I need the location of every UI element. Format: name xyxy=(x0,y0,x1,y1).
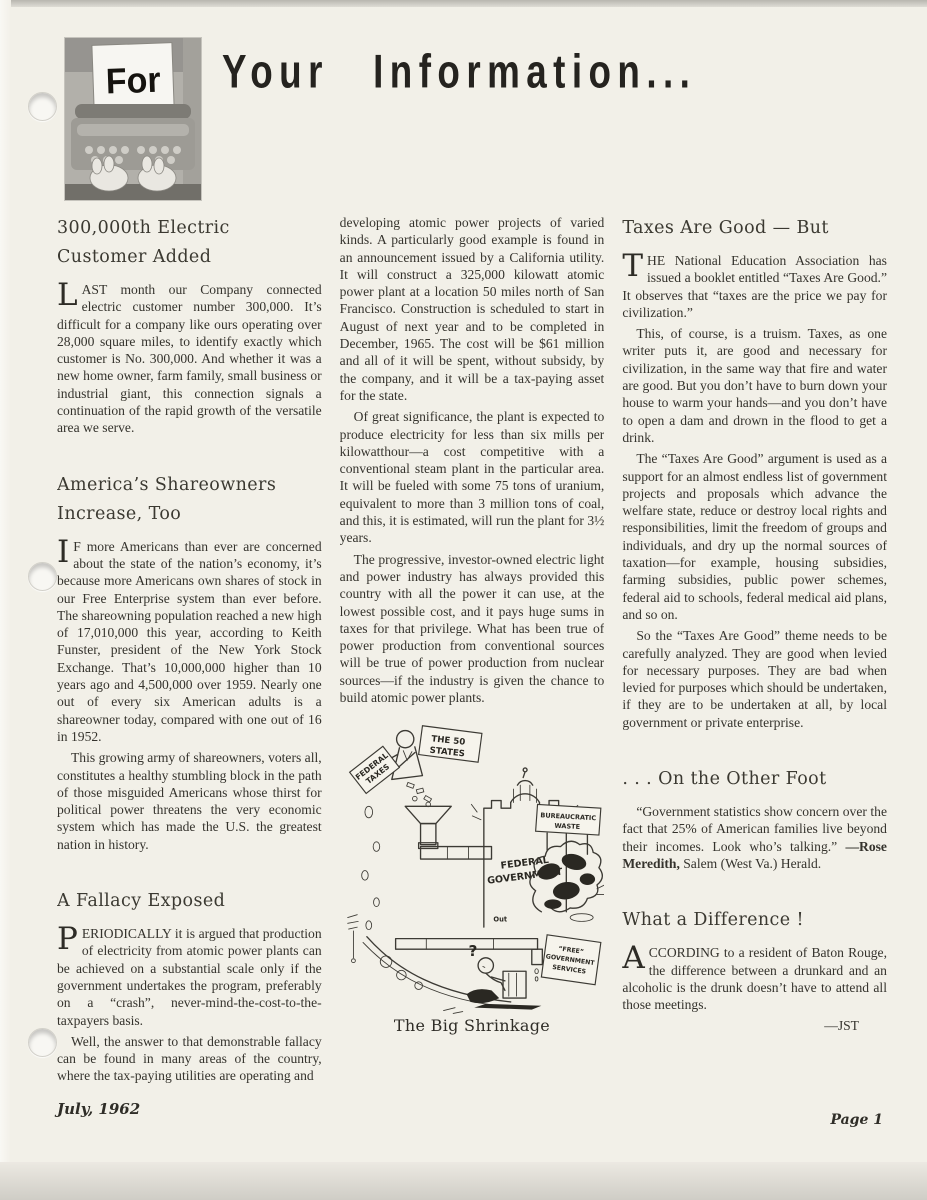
newsletter-page: For Your Information... xyxy=(0,0,927,1200)
paragraph: developing atomic power projects of vari… xyxy=(340,214,605,404)
paragraph: This growing army of shareowners, voters… xyxy=(57,749,322,853)
free-services-outlet: “FREE” GOVERNMENT SERVICES xyxy=(395,935,600,985)
photo-sign-text: For xyxy=(105,60,162,102)
funnel-and-pipe xyxy=(405,807,491,860)
sign-the-50-states: THE 50 STATES xyxy=(418,726,481,762)
editorial-cartoon: THE 50 STATES FEDERAL xyxy=(340,720,605,1034)
article-what-a-difference: What a Difference ! ACCORDING to a resid… xyxy=(622,906,887,1034)
page-title: Your Information... xyxy=(222,46,696,99)
drop-cap: T xyxy=(622,252,647,279)
drop-cap: L xyxy=(57,281,82,308)
punch-hole xyxy=(28,562,57,591)
column-3: Taxes Are Good — But THE National Educat… xyxy=(622,214,887,1094)
drop-cap: P xyxy=(57,925,82,952)
article-taxes-are-good: Taxes Are Good — But THE National Educat… xyxy=(622,214,887,731)
federal-taxes-bucket: FEDERAL TAXES xyxy=(349,747,399,794)
punch-hole xyxy=(28,92,57,121)
typewriter-photo-illustration: For xyxy=(65,38,201,200)
paragraph: So the “Taxes Are Good” theme needs to b… xyxy=(622,627,887,731)
cartoon-drawing: THE 50 STATES FEDERAL xyxy=(340,720,605,1013)
paragraph: The “Taxes Are Good” argument is used as… xyxy=(622,450,887,623)
page-number: Page 1 xyxy=(830,1112,883,1128)
scan-edge-bottom xyxy=(0,1162,927,1200)
article-customer-added: 300,000th Electric Customer Added LAST m… xyxy=(57,214,322,437)
article-columns: 300,000th Electric Customer Added LAST m… xyxy=(57,214,887,1094)
column-1: 300,000th Electric Customer Added LAST m… xyxy=(57,214,322,1094)
paragraph: IF more Americans than ever are concerne… xyxy=(57,538,322,746)
paper-in-typewriter: For xyxy=(92,43,174,110)
drop-cap: A xyxy=(622,944,648,971)
drop-cap: I xyxy=(57,538,73,565)
federal-government-wall: FEDERAL GOVERNMENT Out xyxy=(471,768,581,927)
cartoon-caption: The Big Shrinkage xyxy=(340,1016,605,1035)
column-2: developing atomic power projects of vari… xyxy=(340,214,605,1094)
paragraph: Of great significance, the plant is expe… xyxy=(340,408,605,546)
paragraph: Well, the answer to that demonstrable fa… xyxy=(57,1033,322,1085)
scan-edge-left xyxy=(0,0,11,1200)
paragraph: ACCORDING to a resident of Baton Rouge, … xyxy=(622,944,887,1013)
article-shareowners: America’s Shareowners Increase, Too IF m… xyxy=(57,471,322,853)
paragraph: “Government statistics show concern over… xyxy=(622,803,887,872)
article-heading: 300,000th Electric Customer Added xyxy=(57,214,322,272)
article-fallacy-exposed: A Fallacy Exposed PERIODICALLY it is arg… xyxy=(57,887,322,1085)
artist-signature xyxy=(347,915,358,963)
article-heading: . . . On the Other Foot xyxy=(622,765,887,794)
issue-date: July, 1962 xyxy=(57,1100,140,1118)
svg-text:Out: Out xyxy=(493,916,507,924)
typewriter-photo: For xyxy=(65,38,201,200)
signoff: —JST xyxy=(622,1017,859,1034)
svg-text:WASTE: WASTE xyxy=(554,822,580,831)
article-heading: What a Difference ! xyxy=(622,906,887,935)
falling-money xyxy=(406,783,431,807)
svg-text:?: ? xyxy=(468,942,477,960)
punch-hole xyxy=(28,1028,57,1057)
article-heading: A Fallacy Exposed xyxy=(57,887,322,916)
article-on-the-other-foot: . . . On the Other Foot “Government stat… xyxy=(622,765,887,872)
paragraph: This, of course, is a truism. Taxes, as … xyxy=(622,325,887,446)
dripping-tax-dollars xyxy=(361,807,379,930)
paragraph: The progressive, investor-owned electric… xyxy=(340,551,605,707)
paragraph: THE National Education Association has i… xyxy=(622,252,887,321)
scan-edge-top xyxy=(0,0,927,7)
article-heading: Taxes Are Good — But xyxy=(622,214,887,243)
article-heading: America’s Shareowners Increase, Too xyxy=(57,471,322,529)
paragraph: LAST month our Company connected electri… xyxy=(57,281,322,437)
paragraph: PERIODICALLY it is argued that productio… xyxy=(57,925,322,1029)
sliding-taxpayer: ? xyxy=(363,937,541,1014)
